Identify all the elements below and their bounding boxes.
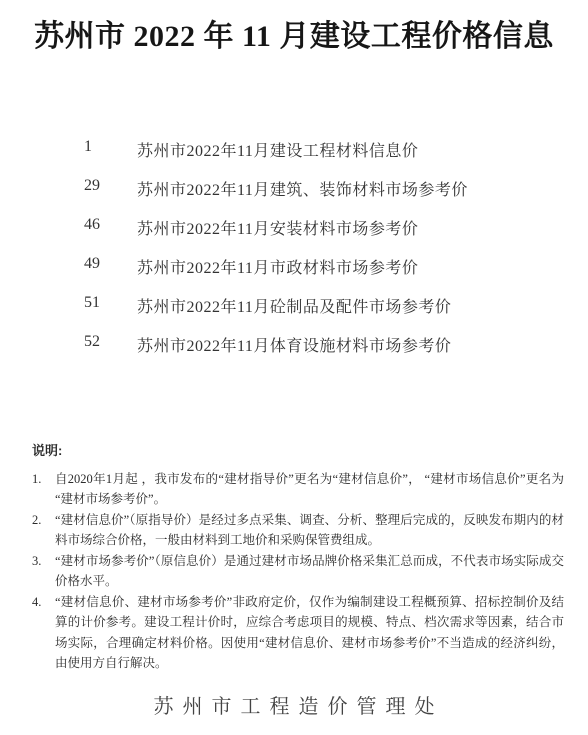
toc-entry-title: 苏州市2022年11月砼制品及配件市场参考价 (137, 294, 588, 317)
toc-entry: 1 苏州市2022年11月建设工程材料信息价 (0, 138, 588, 177)
note-item: 2. “建材信息价”（原指导价）是经过多点采集、调查、分析、整理后完成的，反映发… (32, 510, 564, 551)
toc-entry: 46 苏州市2022年11月安装材料市场参考价 (0, 216, 588, 255)
toc-entry: 29 苏州市2022年11月建筑、装饰材料市场参考价 (0, 177, 588, 216)
note-text: “建材市场参考价”（原信息价）是通过建材市场品牌价格采集汇总而成，不代表市场实际… (55, 551, 564, 592)
document-title: 苏州市 2022 年 11 月建设工程价格信息 (0, 0, 588, 58)
note-item: 3. “建材市场参考价”（原信息价）是通过建材市场品牌价格采集汇总而成，不代表市… (32, 551, 564, 592)
note-item: 4. “建材信息价、建材市场参考价”非政府定价，仅作为编制建设工程概预算、招标控… (32, 592, 564, 674)
note-text: “建材信息价、建材市场参考价”非政府定价，仅作为编制建设工程概预算、招标控制价及… (55, 592, 564, 674)
toc-entry-title: 苏州市2022年11月体育设施材料市场参考价 (137, 333, 588, 356)
note-number: 3. (32, 551, 55, 572)
notes-section: 说明: 1. 自2020年1月起 ，我市发布的“建材指导价”更名为“建材信息价”… (32, 441, 564, 674)
toc-page-number: 1 (84, 138, 137, 156)
toc-page-number: 46 (84, 216, 137, 234)
note-number: 2. (32, 510, 55, 531)
document-page: 苏州市 2022 年 11 月建设工程价格信息 1 苏州市2022年11月建设工… (0, 0, 588, 735)
table-of-contents: 1 苏州市2022年11月建设工程材料信息价 29 苏州市2022年11月建筑、… (0, 138, 588, 372)
toc-page-number: 51 (84, 294, 137, 312)
note-number: 4. (32, 592, 55, 613)
toc-entry: 49 苏州市2022年11月市政材料市场参考价 (0, 255, 588, 294)
toc-page-number: 29 (84, 177, 137, 195)
toc-page-number: 49 (84, 255, 137, 273)
notes-heading: 说明: (32, 441, 564, 462)
note-text: 自2020年1月起 ，我市发布的“建材指导价”更名为“建材信息价”， “建材市场… (55, 469, 564, 510)
toc-entry: 52 苏州市2022年11月体育设施材料市场参考价 (0, 333, 588, 372)
toc-entry-title: 苏州市2022年11月建设工程材料信息价 (137, 138, 588, 161)
publisher-name: 苏州市工程造价管理处 (0, 690, 588, 719)
toc-entry-title: 苏州市2022年11月市政材料市场参考价 (137, 255, 588, 278)
toc-entry: 51 苏州市2022年11月砼制品及配件市场参考价 (0, 294, 588, 333)
note-item: 1. 自2020年1月起 ，我市发布的“建材指导价”更名为“建材信息价”， “建… (32, 469, 564, 510)
toc-entry-title: 苏州市2022年11月安装材料市场参考价 (137, 216, 588, 239)
note-number: 1. (32, 469, 55, 490)
toc-entry-title: 苏州市2022年11月建筑、装饰材料市场参考价 (137, 177, 588, 200)
toc-page-number: 52 (84, 333, 137, 351)
note-text: “建材信息价”（原指导价）是经过多点采集、调查、分析、整理后完成的，反映发布期内… (55, 510, 564, 551)
